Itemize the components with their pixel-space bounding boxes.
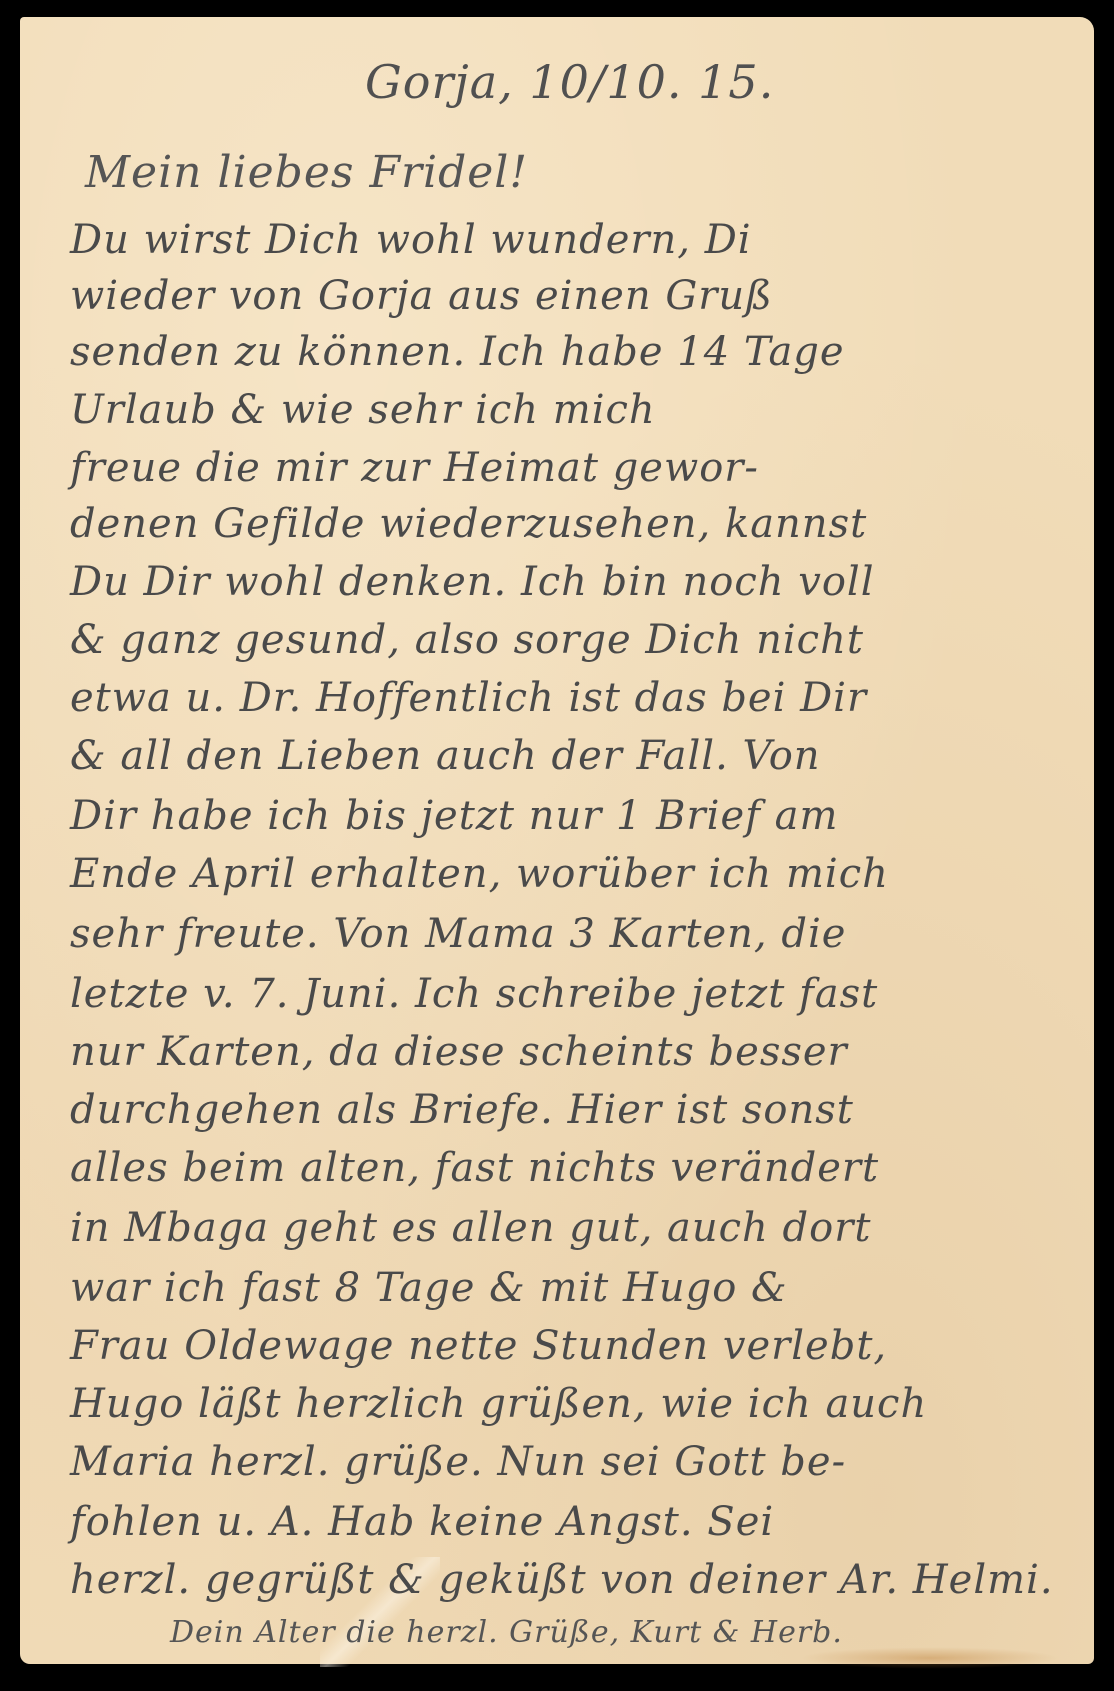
letter-line: etwa u. Dr. Hoffentlich ist das bei Dir [70,675,867,721]
letter-date-header: Gorja, 10/10. 15. [365,55,774,109]
letter-line: Du Dir wohl denken. Ich bin noch voll [70,559,875,605]
letter-line: denen Gefilde wiederzusehen, kannst [70,501,867,547]
letter-line: durchgehen als Briefe. Hier ist sonst [70,1087,854,1133]
letter-line: Hugo läßt herzlich grüßen, wie ich auch [70,1381,927,1427]
letter-line: Du wirst Dich wohl wundern, Di [70,217,752,263]
letter-line: Maria herzl. grüße. Nun sei Gott be- [70,1439,846,1485]
rust-stain [800,1647,1060,1669]
letter-line: Dir habe ich bis jetzt nur 1 Brief am [70,793,838,839]
letter-line: nur Karten, da diese scheints besser [70,1029,848,1075]
letter-card: Gorja, 10/10. 15. Mein liebes Fridel! Du… [20,17,1094,1664]
letter-line: Ende April erhalten, worüber ich mich [70,851,889,897]
letter-line: & ganz gesund, also sorge Dich nicht [70,617,864,663]
letter-line: Urlaub & wie sehr ich mich [70,387,656,433]
letter-line: freue die mir zur Heimat gewor- [70,445,759,491]
letter-line: senden zu können. Ich habe 14 Tage [70,329,845,375]
letter-line: in Mbaga geht es allen gut, auch dort [70,1205,871,1251]
letter-postscript: Dein Alter die herzl. Grüße, Kurt & Herb… [170,1615,843,1650]
letter-line: fohlen u. A. Hab keine Angst. Sei [70,1499,774,1545]
letter-line: sehr freute. Von Mama 3 Karten, die [70,911,846,957]
letter-line: herzl. gegrüßt & geküßt von deiner Ar. H… [70,1557,1054,1603]
letter-line: alles beim alten, fast nichts verändert [70,1145,879,1191]
letter-salutation: Mein liebes Fridel! [85,147,528,198]
letter-line: wieder von Gorja aus einen Gruß [70,273,773,319]
letter-line: Frau Oldewage nette Stunden verlebt, [70,1323,887,1369]
letter-line: war ich fast 8 Tage & mit Hugo & [70,1265,788,1311]
letter-line: letzte v. 7. Juni. Ich schreibe jetzt fa… [70,971,878,1017]
letter-line: & all den Lieben auch der Fall. Von [70,733,821,779]
